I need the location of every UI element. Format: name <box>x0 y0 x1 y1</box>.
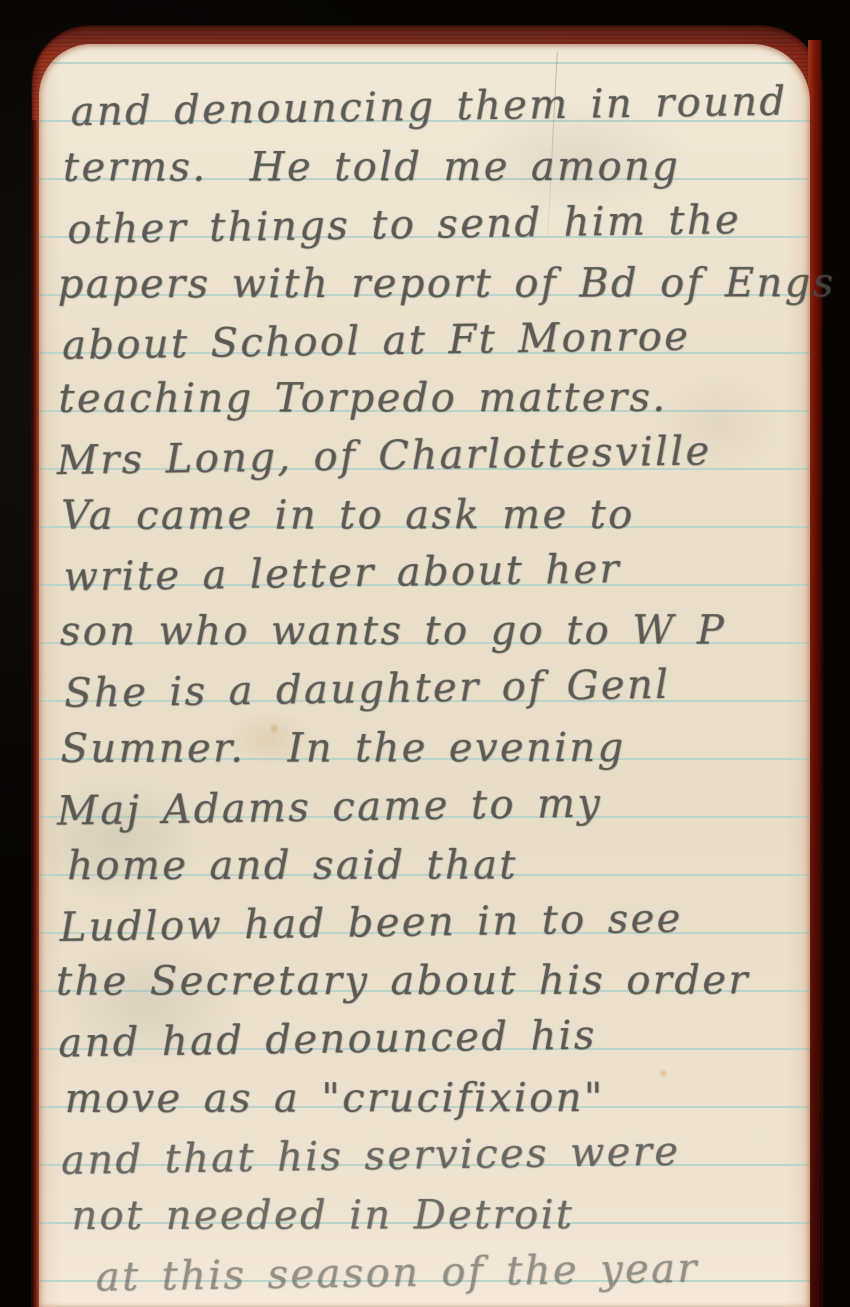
handwritten-line: and had denounced his <box>58 1013 597 1067</box>
handwritten-line: and that his services were <box>61 1129 681 1184</box>
handwritten-line: not needed in Detroit <box>71 1192 574 1239</box>
handwritten-line: at this season of the year <box>95 1246 699 1301</box>
handwritten-line: papers with report of Bd of Engs <box>58 260 836 307</box>
handwritten-line: about School at Ft Monroe <box>62 314 691 369</box>
handwritten-line: terms. He told me among <box>63 144 680 191</box>
handwritten-line: home and said that <box>67 842 518 889</box>
handwritten-line: Ludlow had been in to see <box>59 896 683 951</box>
handwritten-line: son who wants to go to W P <box>60 608 726 655</box>
handwritten-line: She is a daughter of Genl <box>64 662 671 717</box>
handwritten-line: Va came in to ask me to <box>61 492 635 539</box>
handwritten-line: move as a "crucifixion" <box>65 1075 605 1122</box>
handwritten-line: Sumner. In the evening <box>61 725 626 772</box>
handwritten-line: the Secretary about his order <box>56 958 750 1005</box>
photo-backdrop: and denouncing them in round terms. He t… <box>0 0 850 1307</box>
handwritten-line: Maj Adams came to my <box>57 781 603 835</box>
handwritten-line: teaching Torpedo matters. <box>58 375 667 422</box>
handwritten-line: and denouncing them in round <box>70 79 787 136</box>
handwritten-text-block: and denouncing them in round terms. He t… <box>0 0 850 1307</box>
handwritten-line: other things to send him the <box>67 197 741 253</box>
handwritten-line: Mrs Long, of Charlottesville <box>56 428 711 484</box>
handwritten-line: write a letter about her <box>63 546 621 600</box>
